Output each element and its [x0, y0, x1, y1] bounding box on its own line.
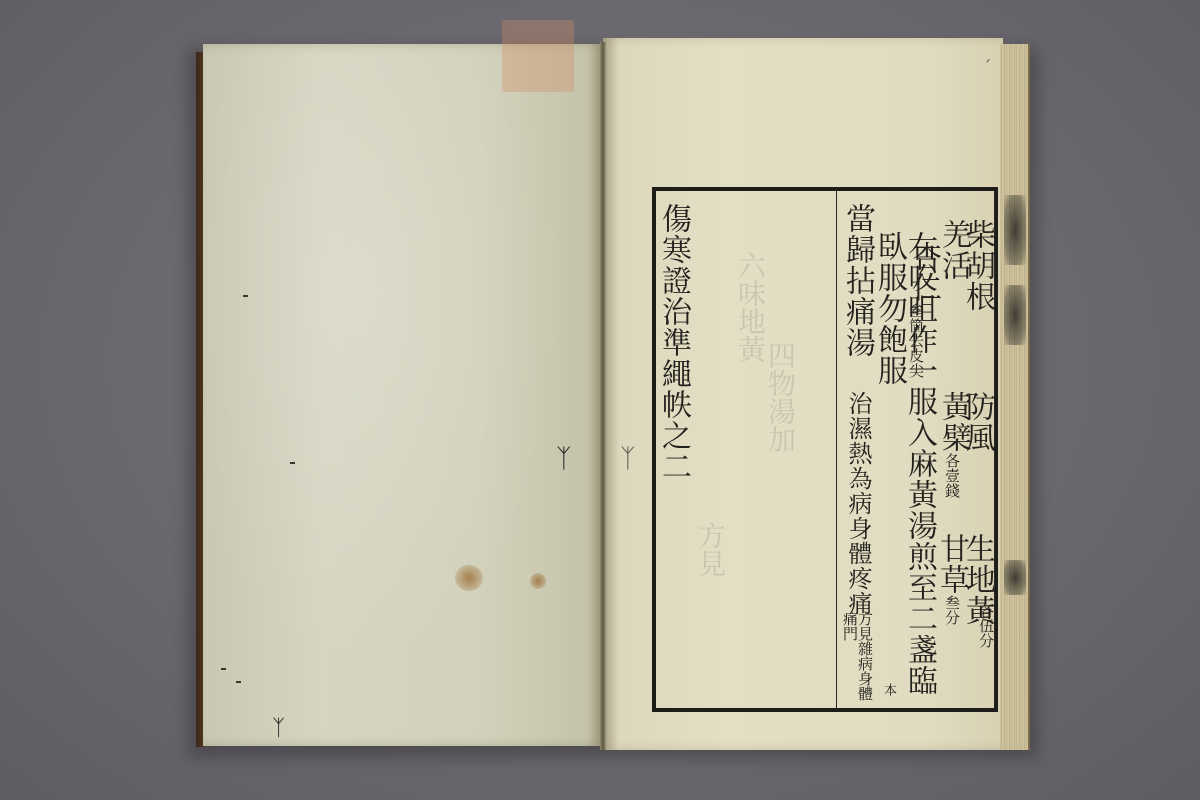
herb-rehmannia-dose: 各伍分 [978, 603, 993, 648]
formula-name-column: 當歸拈痛湯 [842, 203, 872, 358]
herb-apricot-kernel-dose: 叁箇去皮尖 [908, 303, 923, 378]
herb-apricot-kernel: 杏仁 [908, 241, 938, 303]
book-gutter [600, 42, 606, 750]
herb-phellodendron-dose: 各壹錢 [944, 453, 959, 498]
ink-speck [243, 295, 248, 297]
left-page [203, 44, 603, 746]
page-footer-mark: 本 [882, 683, 895, 696]
column-rule [836, 191, 837, 708]
herb-saposhnikovia: 防風 [962, 391, 992, 453]
ink-speck [236, 681, 241, 683]
printed-text-frame: 六味地黃 四物湯加 方見 傷寒證治準繩帙之二 當歸拈痛湯 治濕熱為病身體疼痛 方… [652, 187, 998, 712]
corner-mark: ᐟ [986, 58, 990, 69]
herb-bupleurum-root: 柴胡根 [962, 219, 992, 312]
show-through-text: 四物湯加 [766, 341, 794, 453]
wormhole-mark: ᛉ [272, 718, 285, 740]
fore-edge-ink-mark [1004, 195, 1026, 265]
show-through-text: 六味地黃 [736, 251, 764, 363]
formula-name: 當歸拈痛湯 [840, 203, 875, 358]
show-through-text: 方見 [696, 521, 724, 577]
library-stamp-watermark [502, 20, 574, 92]
ink-speck [290, 462, 295, 464]
formula-indication: 治濕熱為病身體疼痛 [846, 391, 870, 616]
book-title-column: 傷寒證治準繩帙之二 [658, 203, 688, 482]
ink-speck [221, 668, 226, 670]
book-fore-edge [1000, 44, 1030, 750]
herb-licorice-dose: 叁分 [944, 595, 959, 625]
formula-cross-reference: 方見雜病身體痛門 [842, 611, 872, 708]
fore-edge-ink-mark [1004, 285, 1026, 345]
foxing-stain [530, 573, 546, 589]
wormhole-mark: ᛉ [620, 446, 636, 472]
wormhole-mark: ᛉ [556, 446, 572, 472]
foxing-stain [455, 565, 483, 591]
fore-edge-ink-mark [1004, 560, 1026, 595]
